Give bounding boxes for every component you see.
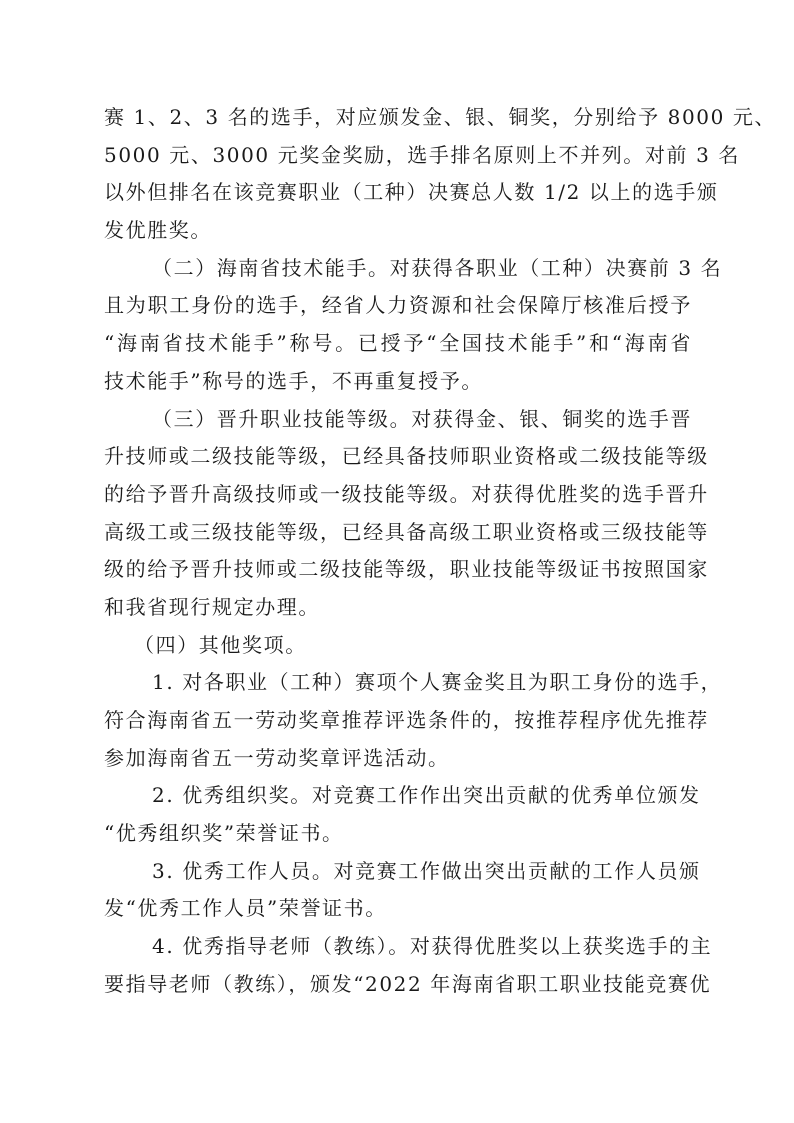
text-line: 5000 元、3000 元奖金奖励，选手排名原则上不并列。对前 3 名	[104, 137, 692, 175]
paragraph-item-3: 3. 优秀工作人员。对竞赛工作做出突出贡献的工作人员颁 发“优秀工作人员”荣誉证…	[104, 853, 692, 928]
text-line: 发“优秀工作人员”荣誉证书。	[104, 890, 692, 928]
list-item-line: 4. 优秀指导老师（教练）。对获得优胜奖以上获奖选手的主	[104, 928, 692, 966]
section-heading-line: （四）其他奖项。	[104, 627, 692, 665]
paragraph-item-1: 1. 对各职业（工种）赛项个人赛金奖且为职工身份的选手， 符合海南省五一劳动奖章…	[104, 664, 692, 777]
paragraph-item-2: 2. 优秀组织奖。对竞赛工作作出突出贡献的优秀单位颁发 “优秀组织奖”荣誉证书。	[104, 777, 692, 852]
list-item-line: 2. 优秀组织奖。对竞赛工作作出突出贡献的优秀单位颁发	[104, 777, 692, 815]
text-line: 高级工或三级技能等级，已经具备高级工职业资格或三级技能等	[104, 514, 692, 552]
text-line: 赛 1、2、3 名的选手，对应颁发金、银、铜奖，分别给予 8000 元、	[104, 99, 692, 137]
document-page: 赛 1、2、3 名的选手，对应颁发金、银、铜奖，分别给予 8000 元、 500…	[0, 0, 794, 1123]
text-line: 以外但排名在该竞赛职业（工种）决赛总人数 1/2 以上的选手颁	[104, 174, 692, 212]
paragraph-award-prizes: 赛 1、2、3 名的选手，对应颁发金、银、铜奖，分别给予 8000 元、 500…	[104, 99, 692, 250]
document-body: 赛 1、2、3 名的选手，对应颁发金、银、铜奖，分别给予 8000 元、 500…	[104, 99, 692, 1004]
section-heading-line: （三）晋升职业技能等级。对获得金、银、铜奖的选手晋	[104, 401, 692, 439]
paragraph-section-4: （四）其他奖项。	[104, 627, 692, 665]
text-line: 的给予晋升高级技师或一级技能等级。对获得优胜奖的选手晋升	[104, 476, 692, 514]
text-line: 符合海南省五一劳动奖章推荐评选条件的，按推荐程序优先推荐	[104, 702, 692, 740]
paragraph-section-2: （二）海南省技术能手。对获得各职业（工种）决赛前 3 名 且为职工身份的选手，经…	[104, 250, 692, 401]
text-line: 发优胜奖。	[104, 212, 692, 250]
paragraph-item-4: 4. 优秀指导老师（教练）。对获得优胜奖以上获奖选手的主 要指导老师（教练），颁…	[104, 928, 692, 1003]
text-line: 要指导老师（教练），颁发“2022 年海南省职工职业技能竞赛优	[104, 966, 692, 1004]
list-item-line: 3. 优秀工作人员。对竞赛工作做出突出贡献的工作人员颁	[104, 853, 692, 891]
text-line: 且为职工身份的选手，经省人力资源和社会保障厅核准后授予	[104, 287, 692, 325]
text-line: “海南省技术能手”称号。已授予“全国技术能手”和“海南省	[104, 325, 692, 363]
text-line: 级的给予晋升技师或二级技能等级，职业技能等级证书按照国家	[104, 551, 692, 589]
text-line: “优秀组织奖”荣誉证书。	[104, 815, 692, 853]
text-line: 升技师或二级技能等级，已经具备技师职业资格或二级技能等级	[104, 438, 692, 476]
text-line: 技术能手”称号的选手，不再重复授予。	[104, 363, 692, 401]
text-line: 和我省现行规定办理。	[104, 589, 692, 627]
paragraph-section-3: （三）晋升职业技能等级。对获得金、银、铜奖的选手晋 升技师或二级技能等级，已经具…	[104, 401, 692, 627]
text-line: 参加海南省五一劳动奖章评选活动。	[104, 740, 692, 778]
section-heading-line: （二）海南省技术能手。对获得各职业（工种）决赛前 3 名	[104, 250, 692, 288]
list-item-line: 1. 对各职业（工种）赛项个人赛金奖且为职工身份的选手，	[104, 664, 692, 702]
